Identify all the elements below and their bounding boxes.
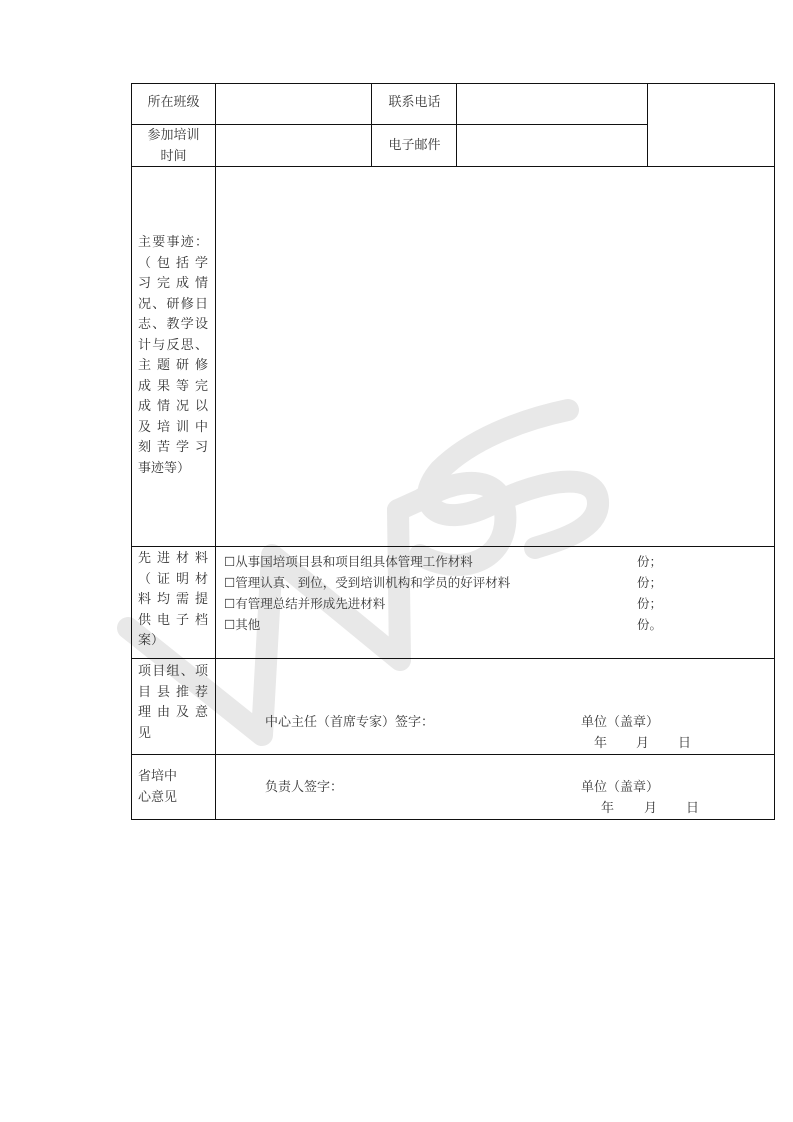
label-line: 及培训中 (138, 418, 208, 439)
label-line: 事迹等） (138, 459, 208, 480)
provincial-label: 省培中心意见 (138, 767, 208, 808)
label-line: 料均需提 (138, 590, 208, 611)
label-line: 习完成情 (138, 274, 208, 295)
materials-label: 先进材料（证明材料均需提供电子档案） (138, 549, 208, 652)
recommendation-seal-label: 单位（盖章） (581, 713, 659, 734)
material-item-label: 有管理总结并形成先进材料 (235, 596, 385, 611)
checkbox-icon[interactable]: ☐ (224, 575, 235, 590)
material-count-unit: 份； (637, 573, 662, 591)
label-line: （证明材 (138, 570, 208, 591)
label-line: 理由及意 (138, 703, 208, 724)
row-divider (131, 658, 775, 659)
label-line: 案） (138, 631, 208, 652)
table-border-right (774, 83, 775, 820)
label-line: 成情况以 (138, 397, 208, 418)
provincial-year: 年 (601, 799, 614, 820)
table-border-bottom (131, 819, 775, 820)
label-line: 刻苦学习 (138, 438, 208, 459)
label-line: 志、教学设 (138, 315, 208, 336)
label-line: 主题研修 (138, 356, 208, 377)
label-line: 供电子档 (138, 611, 208, 632)
material-item-label: 其他 (235, 617, 260, 632)
provincial-signature-label: 负责人签字： (265, 778, 343, 799)
phone-field[interactable] (458, 85, 646, 123)
recommendation-month: 月 (636, 734, 649, 755)
training-time-label: 参加培训 时间 (131, 126, 216, 167)
material-checkbox-item[interactable]: ☐有管理总结并形成先进材料 (224, 594, 385, 612)
checkbox-icon[interactable]: ☐ (224, 554, 235, 569)
training-time-field[interactable] (217, 126, 369, 164)
label-line: 计与反思、 (138, 336, 208, 357)
email-label: 电子邮件 (372, 136, 457, 157)
email-field[interactable] (458, 126, 646, 164)
label-line: 省培中 (138, 767, 208, 788)
provincial-day: 日 (686, 799, 699, 820)
label-line: （包括学 (138, 254, 208, 275)
registration-form-table: 所在班级 联系电话 参加培训 时间 电子邮件 主要事迹：（包括学习完成情况、研修… (131, 83, 775, 820)
checkbox-icon[interactable]: ☐ (224, 617, 235, 632)
material-count-unit: 份； (637, 552, 662, 570)
table-border-left (131, 83, 132, 820)
main-deeds-label: 主要事迹：（包括学习完成情况、研修日志、教学设计与反思、主题研修成果等完成情况以… (138, 233, 208, 479)
material-item-label: 管理认真、到位，受到培训机构和学员的好评材料 (235, 575, 510, 590)
label-line: 成果等完 (138, 377, 208, 398)
training-time-label-line: 时间 (131, 147, 216, 168)
material-checkbox-item[interactable]: ☐其他 (224, 615, 260, 633)
label-line: 主要事迹： (138, 233, 208, 254)
recommendation-day: 日 (678, 734, 691, 755)
document-page: 所在班级 联系电话 参加培训 时间 电子邮件 主要事迹：（包括学习完成情况、研修… (0, 0, 793, 1122)
material-item-label: 从事国培项目县和项目组具体管理工作材料 (235, 554, 473, 569)
label-line: 心意见 (138, 788, 208, 809)
phone-label: 联系电话 (372, 93, 457, 114)
director-signature-label: 中心主任（首席专家）签字： (265, 713, 434, 734)
label-line: 项目组、项 (138, 662, 208, 683)
class-field[interactable] (217, 85, 369, 123)
checkbox-icon[interactable]: ☐ (224, 596, 235, 611)
material-checkbox-item[interactable]: ☐从事国培项目县和项目组具体管理工作材料 (224, 552, 473, 570)
material-count-unit: 份； (637, 594, 662, 612)
label-line: 见 (138, 724, 208, 745)
material-checkbox-item[interactable]: ☐管理认真、到位，受到培训机构和学员的好评材料 (224, 573, 510, 591)
material-count-unit: 份。 (637, 615, 662, 633)
row-divider (131, 546, 775, 547)
provincial-seal-label: 单位（盖章） (581, 778, 659, 799)
recommendation-label: 项目组、项目县推荐理由及意见 (138, 662, 208, 744)
label-line: 目县推荐 (138, 683, 208, 704)
training-time-label-line: 参加培训 (131, 126, 216, 147)
provincial-month: 月 (644, 799, 657, 820)
label-line: 先进材料 (138, 549, 208, 570)
recommendation-year: 年 (594, 734, 607, 755)
photo-cell[interactable] (649, 85, 773, 165)
main-deeds-field[interactable] (217, 168, 773, 545)
label-line: 况、研修日 (138, 295, 208, 316)
class-label: 所在班级 (131, 93, 216, 114)
